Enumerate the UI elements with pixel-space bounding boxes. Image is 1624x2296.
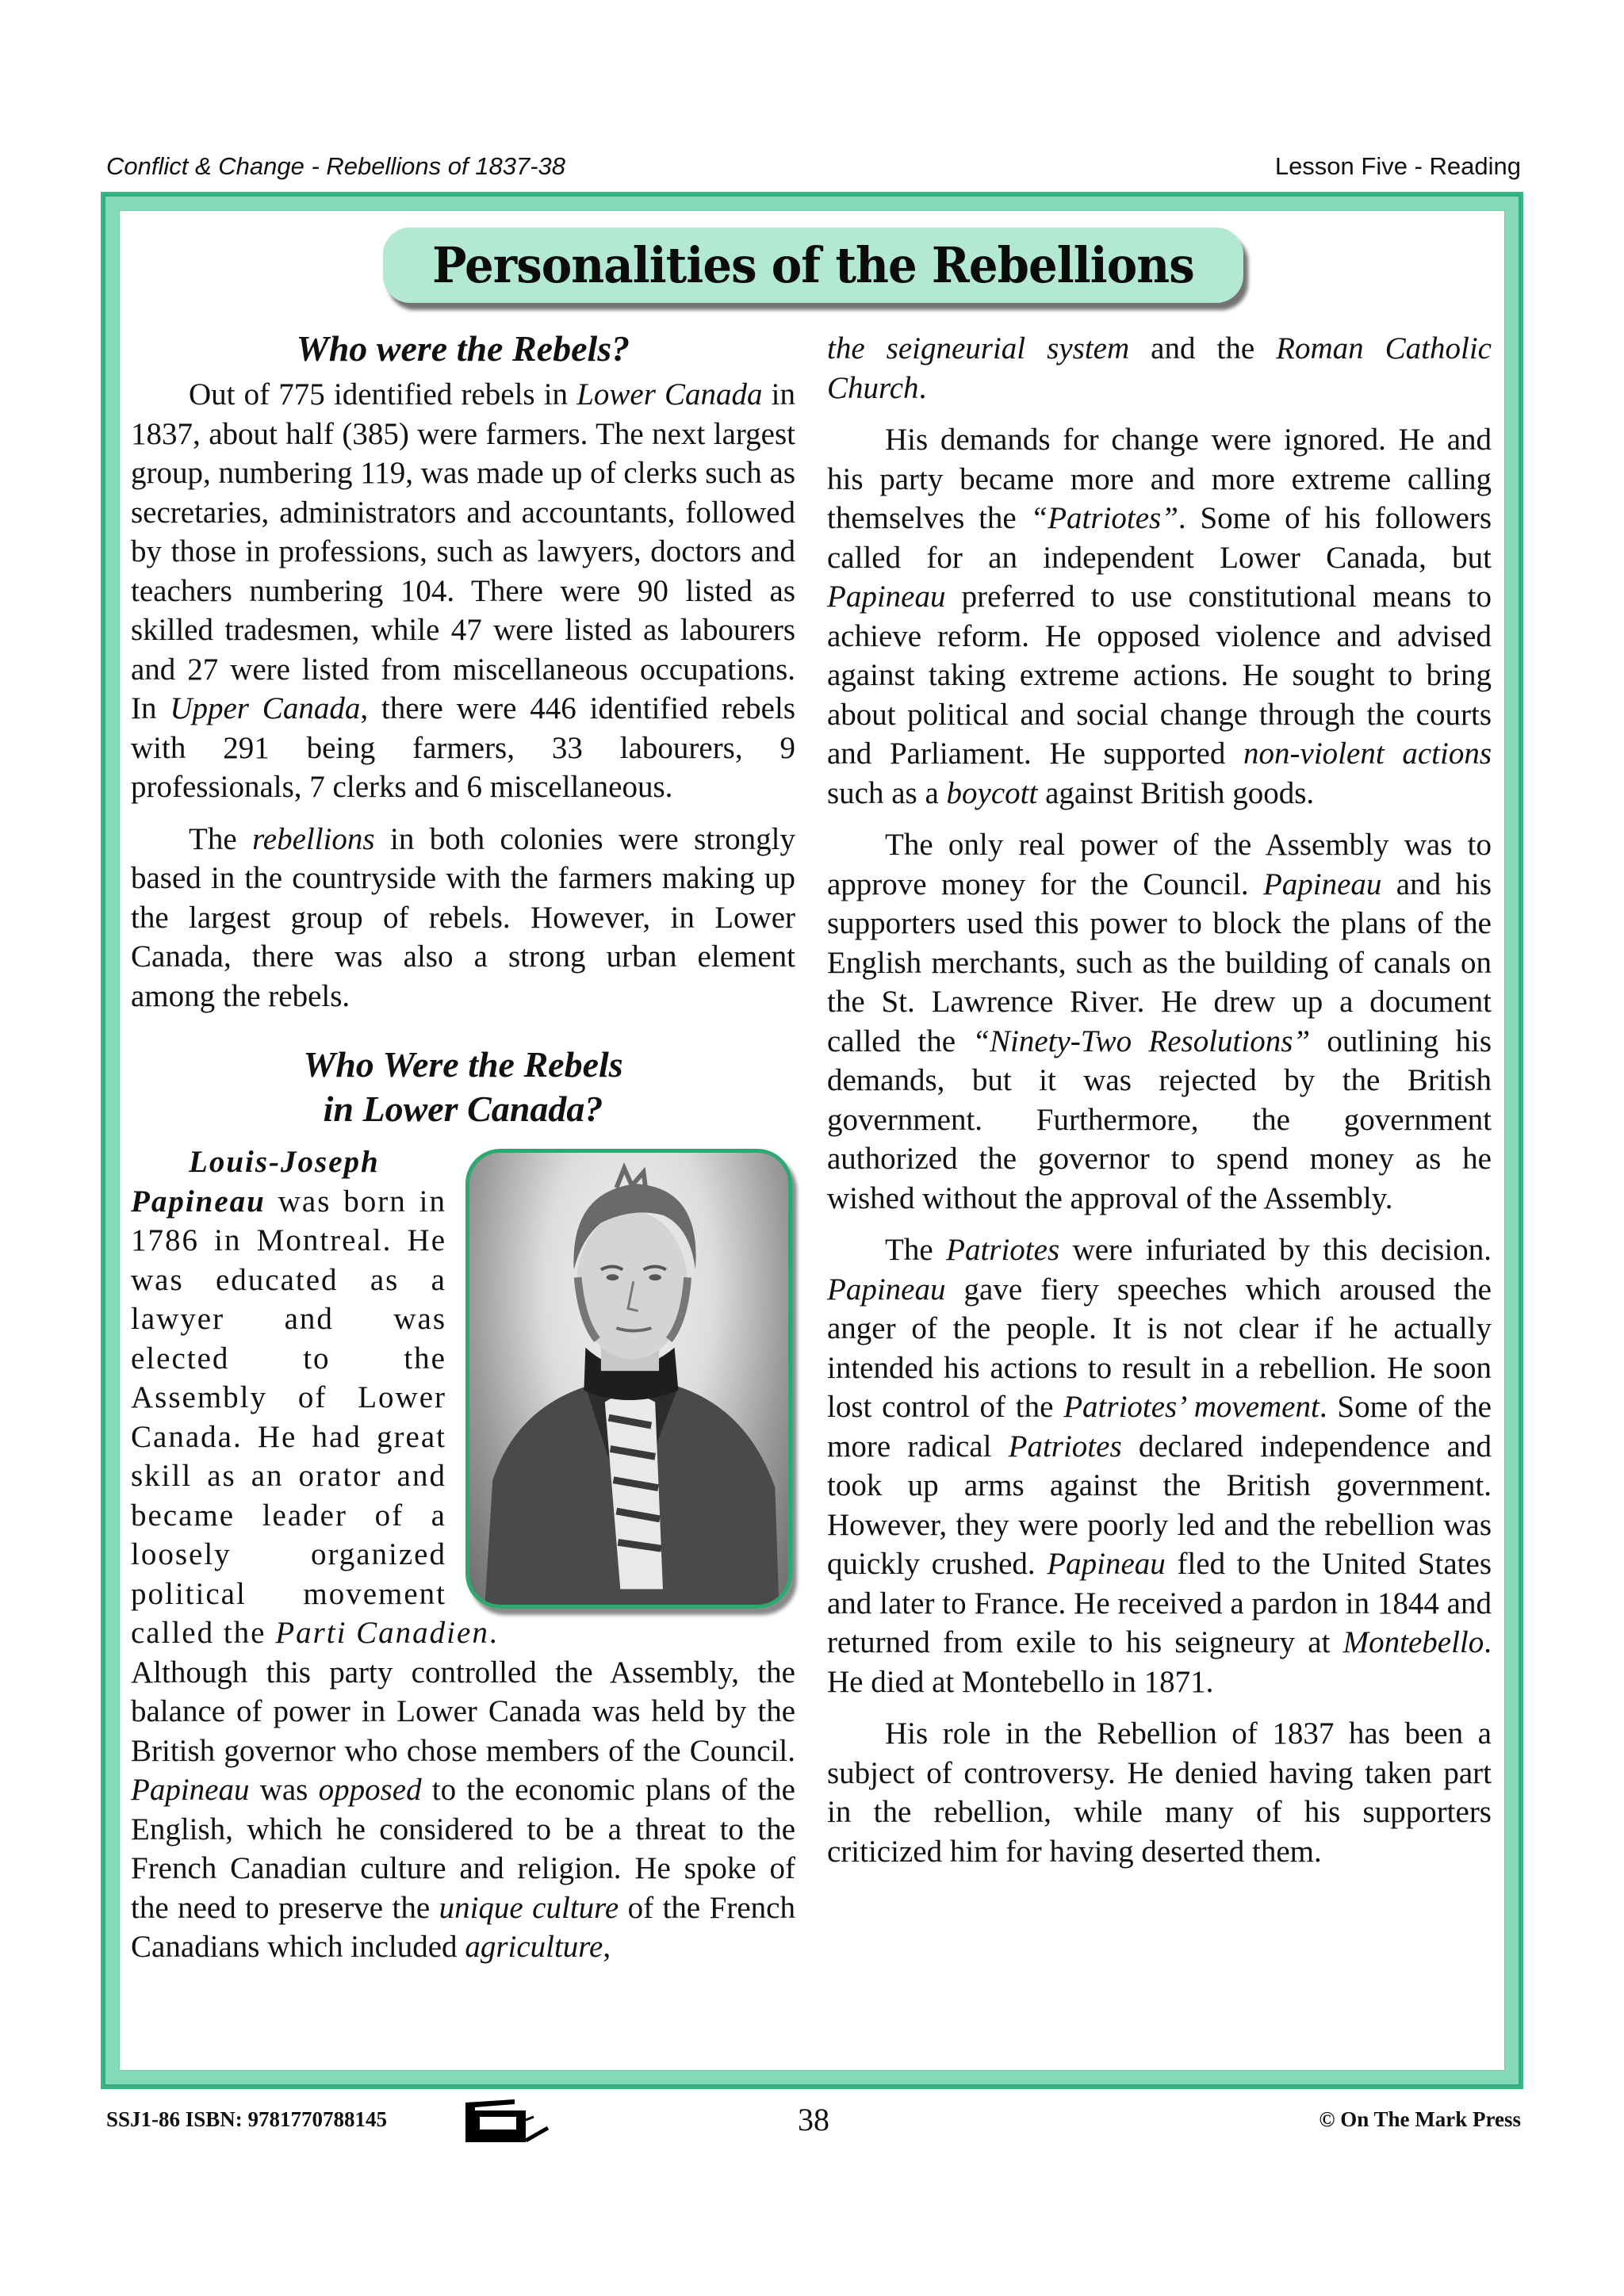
papineau-bio: Louis-Joseph Papineau was born in 1786 i… [131, 1142, 795, 1967]
publisher-copyright: © On The Mark Press [1319, 2107, 1521, 2132]
paragraph-countryside: The rebellions in both colonies were str… [131, 820, 795, 1016]
page-title: Personalities of the Rebellions [432, 236, 1194, 294]
series-title: Conflict & Change - Rebellions of 1837-3… [106, 152, 565, 181]
right-column: the seigneurial system and the Roman Cat… [827, 329, 1492, 1871]
page-footer: SSJ1-86 ISBN: 9781770788145 38 © On The … [106, 2103, 1521, 2142]
papineau-portrait-image [465, 1149, 792, 1609]
portrait-illustration-icon [469, 1153, 788, 1605]
page-number: 38 [106, 2101, 1521, 2138]
paragraph-balance-of-power: Although this party controlled the Assem… [131, 1653, 795, 1967]
paragraph-continuation: the seigneurial system and the Roman Cat… [827, 329, 1492, 408]
paragraph-rebel-counts: Out of 775 identified rebels in Lower Ca… [131, 375, 795, 807]
paragraph-assembly-power: The only real power of the Assembly was … [827, 825, 1492, 1218]
page-title-banner: Personalities of the Rebellions [383, 228, 1243, 303]
paragraph-patriotes-infuriated: The Patriotes were infuriated by this de… [827, 1230, 1492, 1701]
paragraph-role-controversy: His role in the Rebellion of 1837 has be… [827, 1714, 1492, 1871]
lesson-label: Lesson Five - Reading [1275, 152, 1521, 181]
paragraph-demands-ignored: His demands for change were ignored. He … [827, 420, 1492, 813]
left-column: Who were the Rebels? Out of 775 identifi… [131, 329, 795, 1967]
section-heading-who-were-rebels: Who were the Rebels? [131, 329, 795, 369]
running-header: Conflict & Change - Rebellions of 1837-3… [106, 152, 1521, 184]
section-heading-lower-canada: Who Were the Rebelsin Lower Canada? [131, 1043, 795, 1131]
